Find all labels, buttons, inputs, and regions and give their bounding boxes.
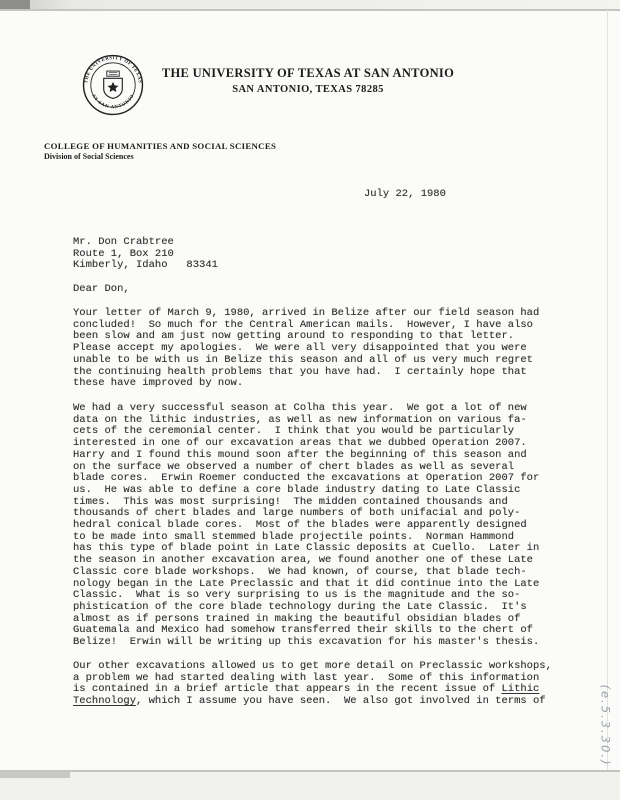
salutation: Dear Don, — [73, 284, 130, 296]
university-address: SAN ANTONIO, TEXAS 78285 — [148, 84, 468, 95]
letter-paragraph-1: Your letter of March 9, 1980, arrived in… — [73, 308, 539, 390]
division-name: Division of Social Sciences — [44, 152, 276, 161]
college-name: COLLEGE OF HUMANITIES AND SOCIAL SCIENCE… — [44, 141, 276, 151]
scan-edge-right-line — [607, 10, 608, 770]
scan-edge-bottom — [0, 772, 620, 800]
scan-edge-top-line — [0, 9, 620, 11]
recipient-address: Mr. Don Crabtree Route 1, Box 210 Kimber… — [73, 237, 218, 272]
letter-paragraph-2: We had a very successful season at Colha… — [73, 403, 539, 649]
scanned-letter-page: THE UNIVERSITY OF TEXAS AT SAN ANTONIO T… — [0, 0, 620, 800]
scan-edge-bottom-smudge — [0, 772, 70, 778]
recipient-street: Route 1, Box 210 — [73, 248, 174, 260]
seal-ring-text-bottom: AT SAN ANTONIO — [90, 93, 136, 110]
scan-edge-top-corner — [0, 0, 30, 9]
date-line: July 22, 1980 — [364, 189, 446, 201]
letter-paragraph-3: Our other excavations allowed us to get … — [73, 661, 552, 708]
svg-text:THE UNIVERSITY OF TEXAS: THE UNIVERSITY OF TEXAS — [84, 56, 142, 84]
recipient-city: Kimberly, Idaho 83341 — [73, 259, 218, 271]
svg-text:AT SAN ANTONIO: AT SAN ANTONIO — [90, 93, 136, 110]
scan-edge-top — [0, 0, 620, 9]
university-name: THE UNIVERSITY OF TEXAS AT SAN ANTONIO — [148, 66, 468, 81]
pencil-annotation: (e.5.3.30.) — [598, 685, 613, 783]
utsa-seal-icon: THE UNIVERSITY OF TEXAS AT SAN ANTONIO — [82, 54, 144, 116]
seal-ring-text-top: THE UNIVERSITY OF TEXAS — [84, 56, 142, 84]
recipient-name: Mr. Don Crabtree — [73, 236, 174, 248]
